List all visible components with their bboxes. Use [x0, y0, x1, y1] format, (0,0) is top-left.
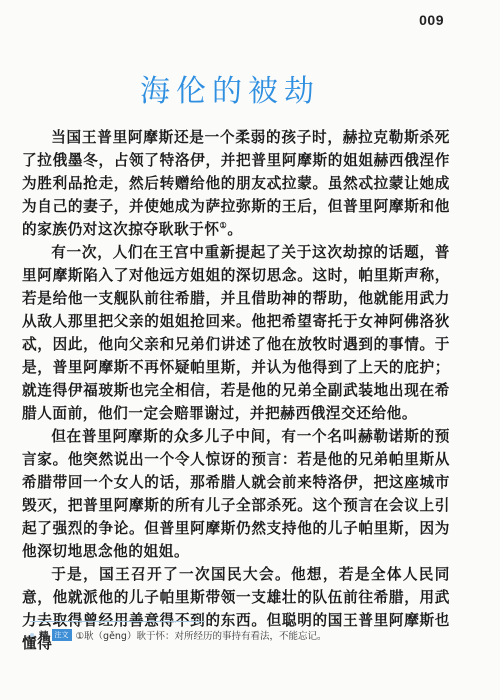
paragraph-2: 有一次，人们在王宫中重新提起了关于这次劫掠的话题，普里阿摩斯陷入了对他远方姐姐的…	[22, 241, 450, 425]
footnote-divider	[30, 621, 205, 622]
page-number: 009	[419, 12, 444, 28]
paragraph-3: 但在普里阿摩斯的众多儿子中间，有一个名叫赫勒诺斯的预言家。他突然说出一个令人惊讶…	[22, 425, 450, 563]
footnote: 精 注文 ①耿（gěng）耿于怀：对所经历的事持有看法，不能忘记。	[30, 628, 450, 642]
footnote-label: 精	[39, 628, 49, 642]
footnote-text: ①耿（gěng）耿于怀：对所经历的事持有看法，不能忘记。	[76, 628, 327, 642]
body-text: 当国王普里阿摩斯还是一个柔弱的孩子时，赫拉克勒斯杀死了拉俄墨冬，占领了特洛伊，并…	[22, 126, 450, 655]
footnote-badge: 注文	[52, 629, 72, 641]
footnote-bullet-icon	[30, 633, 34, 637]
paragraph-1-end: 。	[227, 221, 242, 238]
paragraph-1: 当国王普里阿摩斯还是一个柔弱的孩子时，赫拉克勒斯杀死了拉俄墨冬，占领了特洛伊，并…	[22, 126, 450, 241]
chapter-title: 海伦的被劫	[0, 66, 460, 110]
